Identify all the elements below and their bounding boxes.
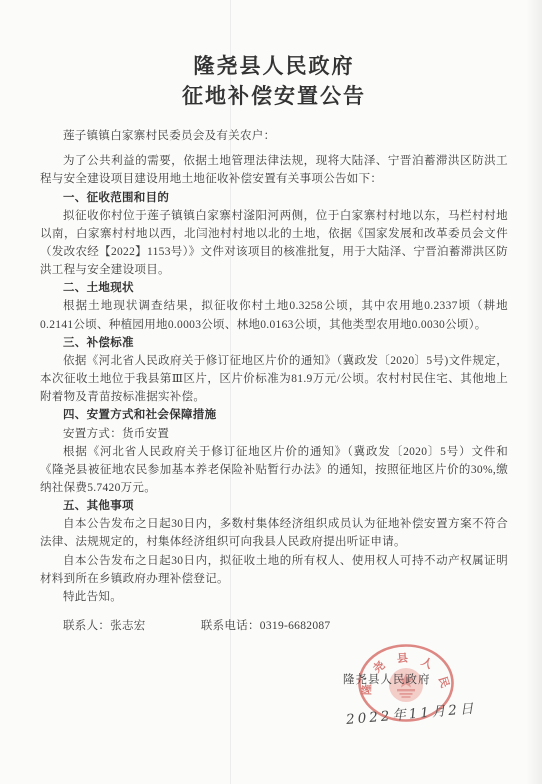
document-title-line-2: 征地补偿安置公告 [40,82,508,112]
section-heading-4: 四、安置方式和社会保障措施 [40,406,508,424]
section-heading-3: 三、补偿标准 [40,334,508,352]
paragraph-social-security: 根据《河北省人民政府关于修订征地区片价的通知》（冀政发〔2020〕5号）文件和《… [40,443,508,497]
scan-edge-shadow [526,0,542,784]
paragraph-scope: 拟征收你村位于莲子镇镇白家寨村滏阳河两侧，位于白家寨村村地以东，马栏村村地以南，… [40,207,508,280]
paragraph-resettle-method: 安置方式：货币安置 [40,425,508,443]
contact-person: 联系人：张志宏 [63,620,146,632]
section-heading-5: 五、其他事项 [40,497,508,515]
salutation: 莲子镇镇白家寨村民委员会及有关农户： [40,127,508,145]
document-body: 隆尧县人民政府 征地补偿安置公告 莲子镇镇白家寨村民委员会及有关农户： 为了公共… [40,52,508,635]
paragraph-compensation: 依据《河北省人民政府关于修订征地区片价的通知》（冀政发〔2020〕5号)文件规定… [40,352,508,406]
paragraph-intro: 为了公共利益的需要，依据土地管理法律法规，现将大陆泽、宁晋泊蓄滞洪区防洪工程与安… [40,152,508,188]
paragraph-land-status: 根据土地现状调查结果，拟征收你村土地0.3258公顷，其中农用地0.2337顷（… [40,297,508,333]
contact-phone: 联系电话：0319-6682087 [201,620,331,632]
paragraph-registration: 自本公告发布之日起30日内，拟征收土地的所有权人、使用权人可持不动产权属证明材料… [40,552,508,588]
contact-line: 联系人：张志宏 联系电话：0319-6682087 [40,617,508,635]
section-heading-1: 一、征收范围和目的 [40,189,508,207]
section-heading-2: 二、土地现状 [40,279,508,297]
paragraph-closing: 特此告知。 [40,588,508,606]
paragraph-hearing-rights: 自本公告发布之日起30日内，多数村集体经济组织成员认为征地补偿安置方案不符合法律… [40,515,508,551]
issuer-signature: 隆尧县人民政府 [343,671,431,687]
document-title-line-1: 隆尧县人民政府 [40,52,508,82]
scanned-document-page: 隆尧县人民政府 征地补偿安置公告 莲子镇镇白家寨村民委员会及有关农户： 为了公共… [0,0,542,784]
